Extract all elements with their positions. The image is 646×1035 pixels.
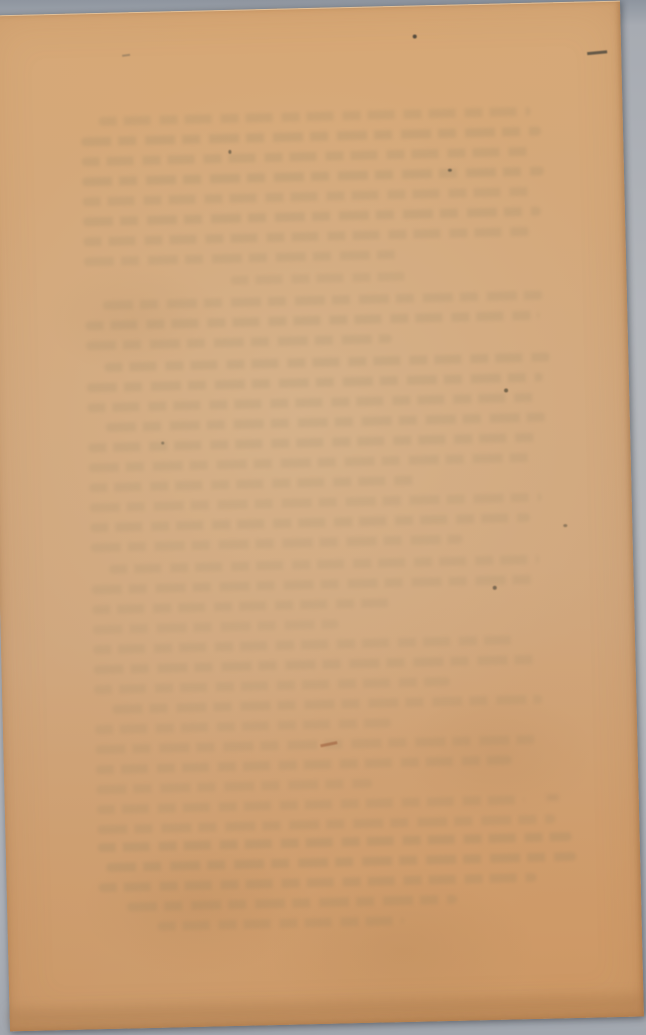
ink-speck <box>504 388 508 392</box>
ghost-text-line <box>97 814 555 834</box>
ghost-text-line <box>158 916 404 931</box>
ghost-text-line <box>93 635 515 654</box>
ghost-text-line <box>96 779 372 795</box>
ink-speck <box>448 169 452 172</box>
ghost-text-line <box>96 755 512 774</box>
ghost-text-line <box>93 619 339 634</box>
ghost-text-line <box>94 677 450 694</box>
ghost-text-line <box>88 433 540 453</box>
ghost-text-line <box>89 476 419 493</box>
ink-speck <box>413 34 417 38</box>
ghost-text-line <box>98 832 572 852</box>
ghost-text-line <box>106 413 546 432</box>
ghost-text-line <box>92 575 540 595</box>
ghost-text-line <box>230 272 412 285</box>
ghost-text-line <box>83 207 541 227</box>
ink-speck <box>228 150 231 154</box>
ghost-text-line <box>81 147 533 167</box>
ghost-text-line <box>99 107 531 126</box>
ghost-text-line <box>87 393 535 413</box>
ghost-text-line <box>103 291 543 310</box>
book-page <box>0 1 644 1032</box>
ghost-text-line <box>127 895 457 912</box>
scanner-background: Blank scanned page of aged tan paper; on… <box>0 0 646 1035</box>
ghost-text-line <box>90 493 542 513</box>
ink-speck <box>161 442 164 445</box>
ghost-text-line <box>97 795 525 814</box>
ink-speck <box>587 50 607 55</box>
ghost-text-line <box>83 227 529 247</box>
ink-speck <box>547 794 559 800</box>
ghost-text-line <box>82 167 544 187</box>
ghost-text-line <box>90 513 530 532</box>
ghost-text-line <box>92 598 394 614</box>
ghost-text-line <box>109 555 539 574</box>
bleed-through-text <box>78 2 582 1029</box>
ink-speck <box>493 586 497 590</box>
ghost-text-line <box>93 655 535 674</box>
ghost-text-line <box>99 873 537 892</box>
ghost-text-line <box>84 250 402 266</box>
ghost-text-line <box>112 695 542 714</box>
ghost-text-line <box>106 852 576 872</box>
ghost-text-line <box>95 735 535 754</box>
ghost-text-line <box>85 311 539 331</box>
ghost-text-line <box>87 373 543 393</box>
ghost-text-line <box>81 127 541 147</box>
page-description: Blank scanned page of aged tan paper; on… <box>0 0 1 1</box>
ghost-text-line <box>86 334 392 350</box>
ghost-text-line <box>95 718 391 734</box>
ghost-text-line <box>104 352 550 372</box>
ghost-text-line <box>82 187 530 207</box>
ghost-text-line <box>89 453 533 472</box>
ghost-text-line <box>91 535 463 553</box>
